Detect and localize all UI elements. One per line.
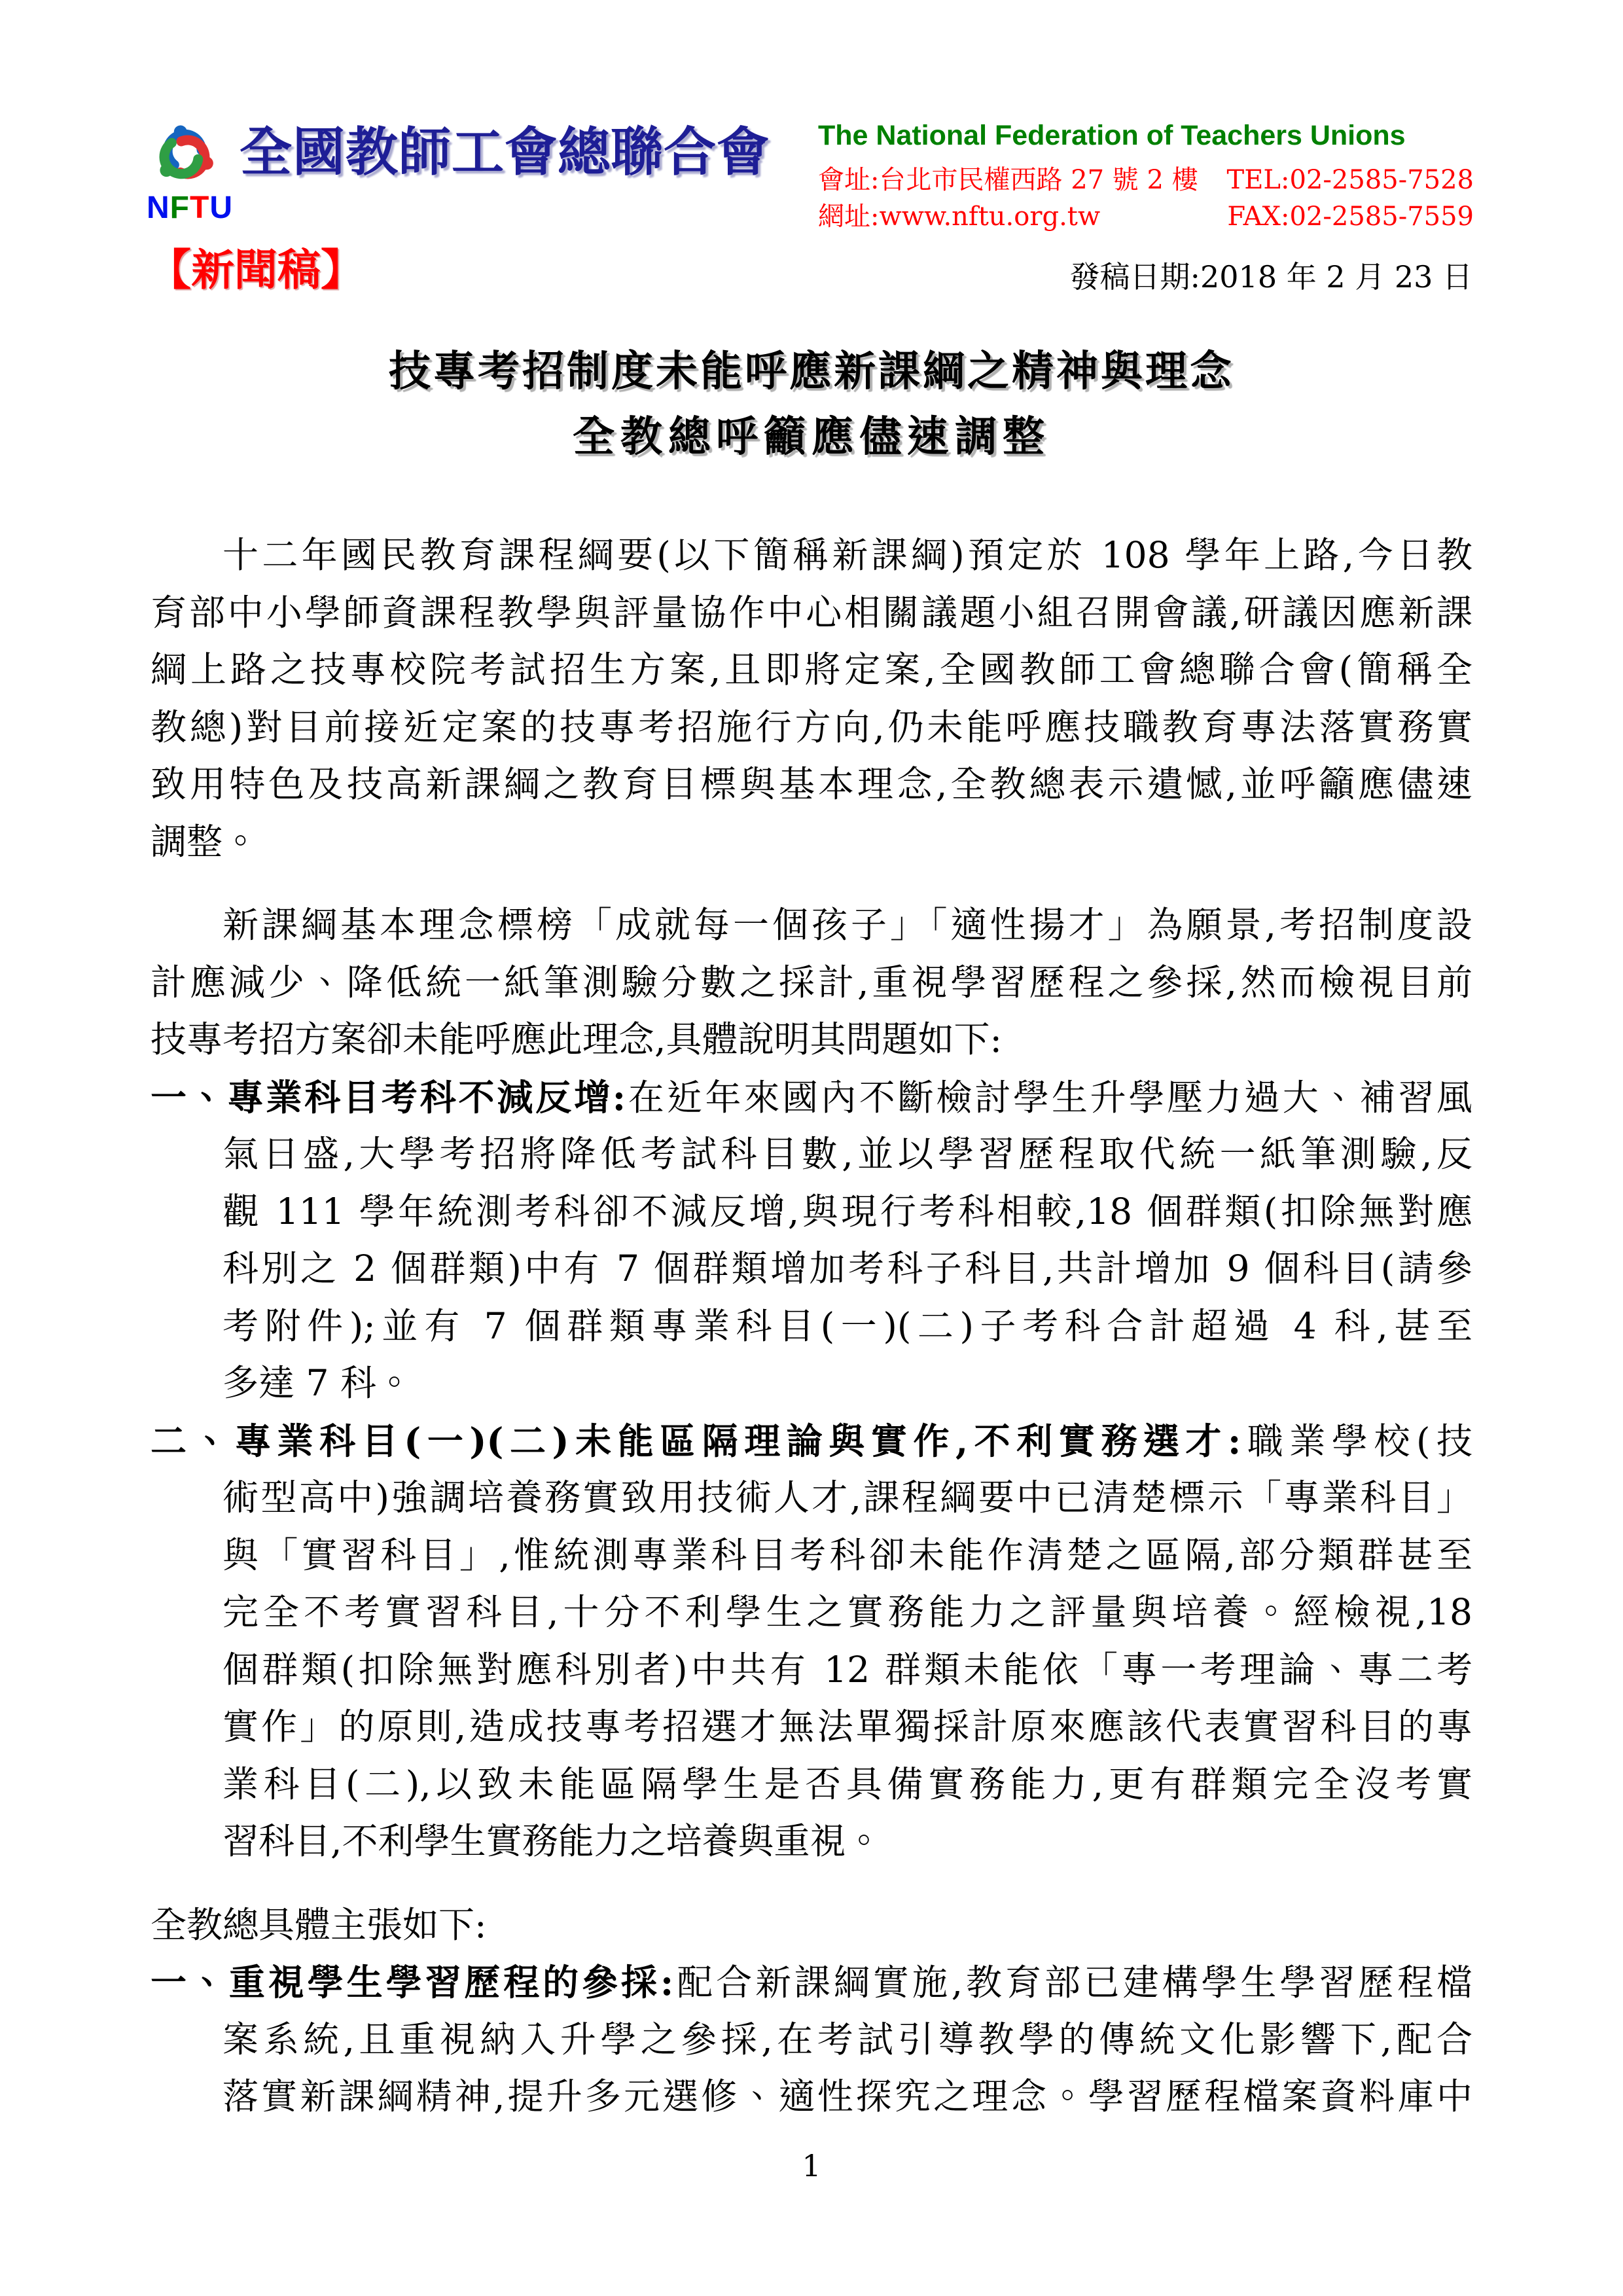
nftu-letter-t: T [190, 190, 209, 225]
list-item-heading: 一、重視學生學習歷程的參採: [151, 1961, 673, 2003]
contact-website: 網址:www.nftu.org.tw [818, 198, 1100, 235]
text-line: 術型高中)強調培養務實致用技術人才,課程綱要中已清楚標示「專業科目」 [151, 1469, 1472, 1527]
text-line: 業科目(二),以致未能區隔學生是否具備實務能力,更有群類完全沒考實 [151, 1756, 1472, 1814]
text-line: 與「實習科目」,惟統測專業科目考科卻未能作清楚之區隔,部分類群甚至 [151, 1527, 1472, 1585]
list-item-text: 職業學校(技 [1241, 1420, 1472, 1462]
text-line: 致用特色及技高新課綱之教育目標與基本理念,全教總表示遺憾,並呼籲應儘速 [151, 756, 1472, 814]
text-line: 實作」的原則,造成技專考招選才無法單獨採計原來應該代表實習科目的專 [151, 1698, 1472, 1756]
text-line: 氣日盛,大學考招將降低考試科目數,並以學習歷程取代統一紙筆測驗,反 [151, 1126, 1472, 1183]
text-line: 案系統,且重視納入升學之參採,在考試引導教學的傳統文化影響下,配合 [151, 2011, 1472, 2069]
doc-title-line2: 全教總呼籲應儘速調整 [0, 414, 1623, 460]
nftu-logo-icon [145, 115, 224, 195]
contact-row-1: 會址:台北市民權西路 27 號 2 樓 TEL:02-2585-7528 [818, 162, 1474, 198]
text-line: 多達 7 科。 [151, 1355, 1472, 1412]
nftu-letter-u: U [209, 190, 233, 225]
org-name-zh: 全國教師工會總聯合會 [240, 123, 770, 181]
header-contact-block: The National Federation of Teachers Unio… [818, 122, 1474, 235]
text-line: 教總)對目前接近定案的技專考招施行方向,仍未能呼應技職教育專法落實務實 [151, 699, 1472, 757]
claims-intro-line: 全教總具體主張如下: [151, 1897, 1472, 1954]
contact-tel: TEL:02-2585-7528 [1227, 162, 1474, 198]
text-line: 完全不考實習科目,十分不利學生之實務能力之評量與培養。經檢視,18 [151, 1584, 1472, 1641]
text-line: 計應減少、降低統一紙筆測驗分數之採計,重視學習歷程之參採,然而檢視目前 [151, 954, 1472, 1012]
text-line: 新課綱基本理念標榜「成就每一個孩子」「適性揚才」為願景,考招制度設 [151, 897, 1472, 954]
paragraph-vision: 新課綱基本理念標榜「成就每一個孩子」「適性揚才」為願景,考招制度設 計應減少、降… [151, 897, 1472, 1069]
list-item-heading-line: 二、專業科目(一)(二)未能區隔理論與實作,不利實務選才:職業學校(技 [151, 1412, 1472, 1470]
press-release-tag: 【新聞稿】 [148, 246, 364, 294]
contact-info: 會址:台北市民權西路 27 號 2 樓 TEL:02-2585-7528 網址:… [818, 162, 1474, 235]
text-line: 技專考招方案卻未能呼應此理念,具體說明其問題如下: [151, 1011, 1472, 1069]
text-line: 落實新課綱精神,提升多元選修、適性探究之理念。學習歷程檔案資料庫中 [151, 2068, 1472, 2126]
text-line: 考附件);並有 7 個群類專業科目(一)(二)子考科合計超過 4 科,甚至 [151, 1298, 1472, 1355]
doc-title-line1: 技專考招制度未能呼應新課綱之精神與理念 [0, 349, 1623, 395]
list-item-heading: 一、專業科目考科不減反增: [151, 1076, 626, 1119]
text-line: 習科目,不利學生實務能力之培養與重視。 [151, 1813, 1472, 1871]
press-release-page: { "header": { "logo": { "mark_colors": {… [0, 0, 1623, 2296]
paragraph-gap [151, 870, 1472, 897]
text-line: 調整。 [151, 814, 1472, 871]
list-item-heading-line: 一、重視學生學習歷程的參採:配合新課綱實施,教育部已建構學生學習歷程檔 [151, 1954, 1472, 2011]
nftu-letter-n: N [147, 190, 170, 225]
nftu-letter-f: F [170, 190, 190, 225]
release-date: 發稿日期:2018 年 2 月 23 日 [1070, 260, 1472, 294]
text-line: 科別之 2 個群類)中有 7 個群類增加考科子科目,共計增加 9 個科目(請參 [151, 1240, 1472, 1298]
contact-fax: FAX:02-2585-7559 [1227, 198, 1474, 235]
problem-item-1: 一、專業科目考科不減反增:在近年來國內不斷檢討學生升學壓力過大、補習風 氣日盛,… [151, 1069, 1472, 1412]
org-name-en: The National Federation of Teachers Unio… [818, 122, 1474, 150]
paragraph-intro: 十二年國民教育課程綱要(以下簡稱新課綱)預定於 108 學年上路,今日教 育部中… [151, 527, 1472, 870]
text-line: 個群類(扣除無對應科別者)中共有 12 群類未能依「專一考理論、專二考 [151, 1641, 1472, 1699]
document-body: 十二年國民教育課程綱要(以下簡稱新課綱)預定於 108 學年上路,今日教 育部中… [151, 527, 1472, 2126]
list-item-text: 在近年來國內不斷檢討學生升學壓力過大、補習風 [626, 1077, 1472, 1119]
text-line: 育部中小學師資課程教學與評量協作中心相關議題小組召開會議,研議因應新課 [151, 584, 1472, 642]
contact-address: 會址:台北市民權西路 27 號 2 樓 [818, 162, 1198, 198]
page-number: 1 [0, 2148, 1623, 2183]
contact-row-2: 網址:www.nftu.org.tw FAX:02-2585-7559 [818, 198, 1474, 235]
nftu-acronym: NFTU [147, 192, 233, 224]
text-line: 綱上路之技專校院考試招生方案,且即將定案,全國教師工會總聯合會(簡稱全 [151, 641, 1472, 699]
problem-item-2: 二、專業科目(一)(二)未能區隔理論與實作,不利實務選才:職業學校(技 術型高中… [151, 1412, 1472, 1871]
list-item-text: 配合新課綱實施,教育部已建構學生學習歷程檔 [673, 1962, 1472, 2003]
claim-item-1: 一、重視學生學習歷程的參採:配合新課綱實施,教育部已建構學生學習歷程檔 案系統,… [151, 1954, 1472, 2126]
text-line: 十二年國民教育課程綱要(以下簡稱新課綱)預定於 108 學年上路,今日教 [151, 527, 1472, 584]
text-line: 觀 111 學年統測考科卻不減反增,與現行考科相較,18 個群類(扣除無對應 [151, 1183, 1472, 1241]
paragraph-gap [151, 1871, 1472, 1897]
list-item-heading-line: 一、專業科目考科不減反增:在近年來國內不斷檢討學生升學壓力過大、補習風 [151, 1069, 1472, 1126]
list-item-heading: 二、專業科目(一)(二)未能區隔理論與實作,不利實務選才: [151, 1420, 1241, 1462]
